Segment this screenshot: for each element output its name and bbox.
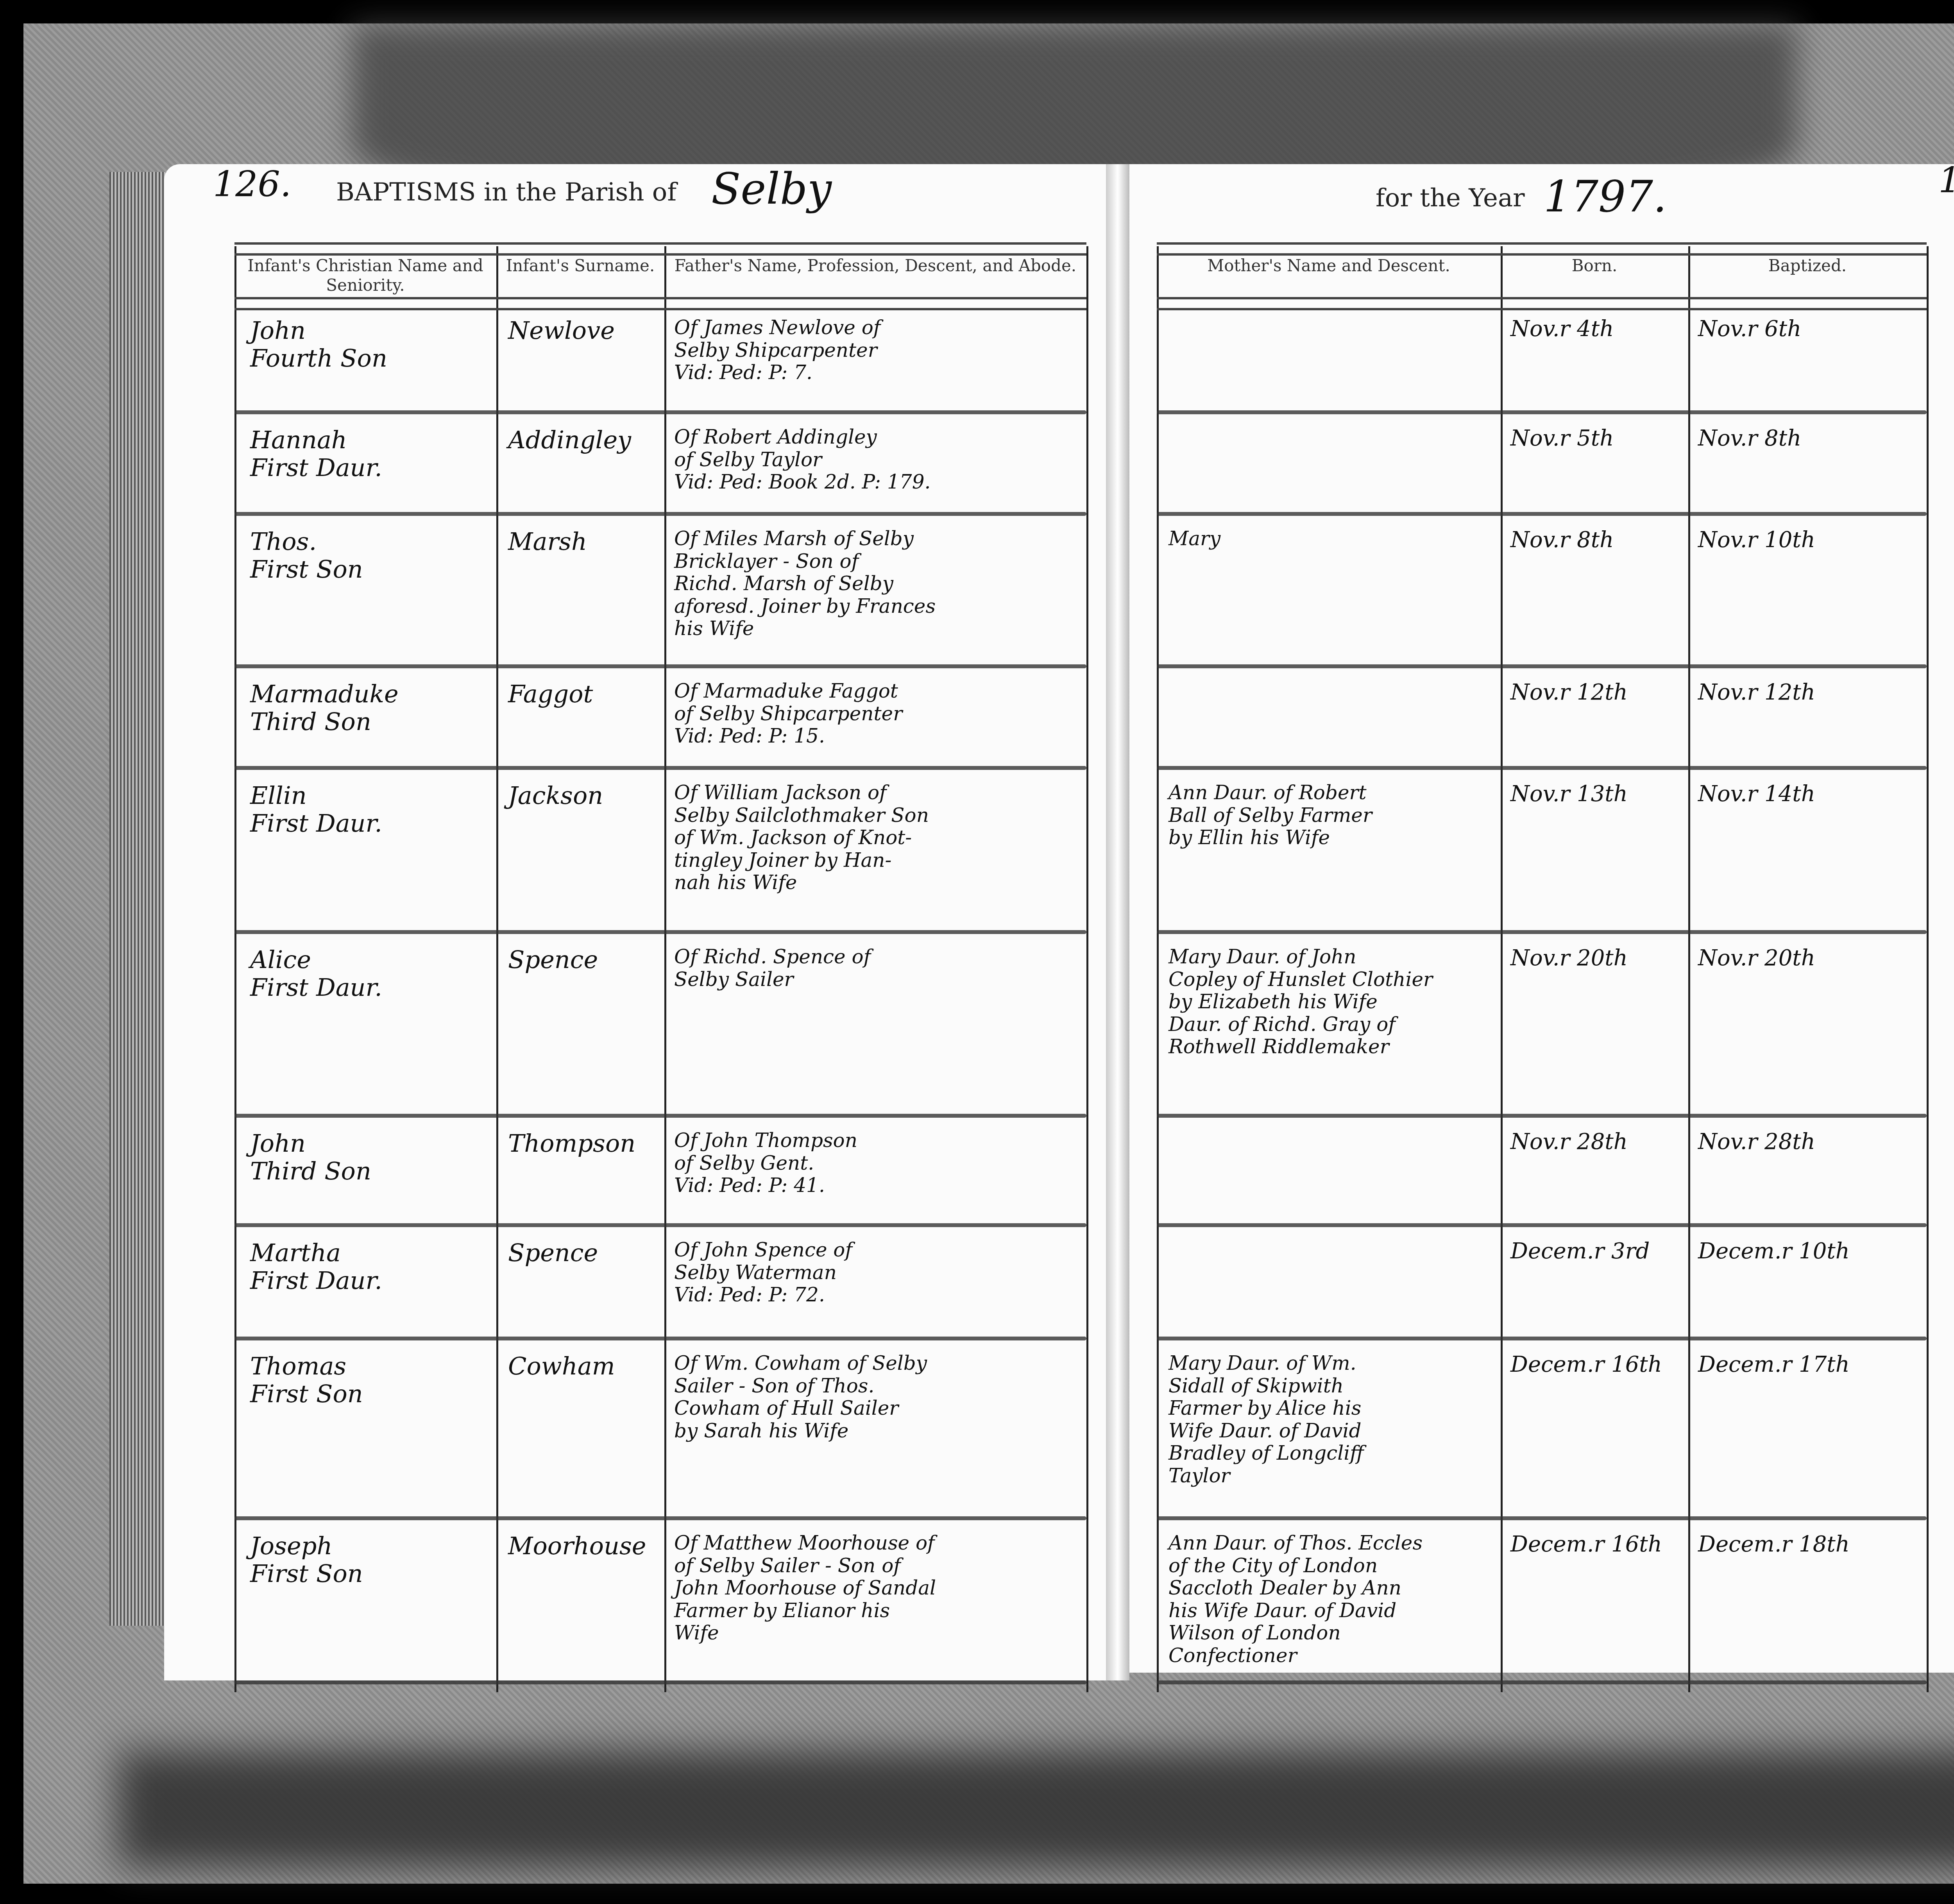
baptized-date: Decem.r 10th — [1698, 1239, 1925, 1264]
row-rule — [234, 410, 1086, 414]
christian-name: John Fourth Son — [250, 317, 488, 372]
mother-details: Ann Daur. of Robert Ball of Selby Farmer… — [1168, 782, 1497, 849]
baptized-date: Decem.r 18th — [1698, 1532, 1925, 1557]
book-gutter — [1106, 164, 1129, 1680]
column-header-mother: Mother's Name and Descent. — [1161, 256, 1497, 276]
parish-name: Selby — [711, 164, 832, 214]
row-rule — [234, 1337, 1086, 1340]
christian-name: Martha First Daur. — [250, 1239, 488, 1295]
row-rule — [234, 1114, 1086, 1118]
christian-name: John Third Son — [250, 1129, 488, 1185]
born-date: Nov.r 12th — [1510, 680, 1686, 705]
row-rule — [1157, 664, 1927, 668]
row-rule — [234, 1516, 1086, 1520]
mother-details: Mary Daur. of John Copley of Hunslet Clo… — [1168, 946, 1497, 1058]
year: 1797. — [1544, 172, 1667, 222]
left-page — [164, 164, 1114, 1680]
father-details: Of John Thompson of Selby Gent. Vid: Ped… — [674, 1129, 1081, 1197]
row-rule — [234, 1223, 1086, 1227]
surname: Marsh — [508, 528, 660, 555]
born-date: Nov.r 28th — [1510, 1129, 1686, 1154]
row-rule — [234, 930, 1086, 934]
surname: Moorhouse — [508, 1532, 660, 1560]
born-date: Nov.r 20th — [1510, 946, 1686, 971]
father-details: Of Miles Marsh of Selby Bricklayer - Son… — [674, 528, 1081, 640]
father-details: Of Richd. Spence of Selby Sailer — [674, 946, 1081, 991]
column-rule — [1501, 246, 1503, 1692]
baptized-date: Nov.r 12th — [1698, 680, 1925, 705]
page-edges-left — [109, 172, 168, 1626]
mother-details: Mary Daur. of Wm. Sidall of Skipwith Far… — [1168, 1352, 1497, 1487]
row-rule — [1157, 930, 1927, 934]
shadow — [117, 1751, 1954, 1868]
column-rule — [1157, 246, 1159, 1692]
christian-name: Ellin First Daur. — [250, 782, 488, 837]
header-rule — [1157, 242, 1927, 256]
father-details: Of Marmaduke Faggot of Selby Shipcarpent… — [674, 680, 1081, 748]
column-header-born: Born. — [1505, 256, 1684, 276]
father-details: Of Robert Addingley of Selby Taylor Vid:… — [674, 426, 1081, 494]
surname: Spence — [508, 1239, 660, 1267]
column-rule — [664, 246, 666, 1692]
row-rule — [234, 1680, 1086, 1684]
baptized-date: Nov.r 28th — [1698, 1129, 1925, 1154]
mother-details: Ann Daur. of Thos. Eccles of the City of… — [1168, 1532, 1497, 1667]
father-details: Of William Jackson of Selby Sailclothmak… — [674, 782, 1081, 894]
row-rule — [1157, 766, 1927, 770]
baptized-date: Decem.r 17th — [1698, 1352, 1925, 1377]
surname: Newlove — [508, 317, 660, 344]
row-rule — [1157, 1680, 1927, 1684]
surname: Cowham — [508, 1352, 660, 1380]
born-date: Nov.r 8th — [1510, 528, 1686, 553]
surname: Spence — [508, 946, 660, 973]
title-prefix: BAPTISMS in the Parish of — [336, 178, 676, 207]
baptized-date: Nov.r 6th — [1698, 317, 1925, 342]
christian-name: Hannah First Daur. — [250, 426, 488, 482]
surname: Faggot — [508, 680, 660, 708]
christian-name: Alice First Daur. — [250, 946, 488, 1002]
surname: Thompson — [508, 1129, 660, 1157]
christian-name: Thos. First Son — [250, 528, 488, 583]
row-rule — [1157, 1223, 1927, 1227]
surname: Addingley — [508, 426, 660, 454]
baptized-date: Nov.r 10th — [1698, 528, 1925, 553]
row-rule — [1157, 1337, 1927, 1340]
register-photograph: 126. BAPTISMS in the Parish of Selby for… — [0, 0, 1954, 1904]
father-details: Of John Spence of Selby Waterman Vid: Pe… — [674, 1239, 1081, 1306]
row-rule — [1157, 512, 1927, 516]
row-rule — [234, 512, 1086, 516]
born-date: Nov.r 5th — [1510, 426, 1686, 451]
born-date: Nov.r 4th — [1510, 317, 1686, 342]
born-date: Decem.r 16th — [1510, 1532, 1686, 1557]
right-page-number: 127. — [1938, 160, 1954, 201]
column-rule — [234, 246, 236, 1692]
row-rule — [234, 766, 1086, 770]
column-header-baptized: Baptized. — [1692, 256, 1923, 276]
column-rule — [496, 246, 498, 1692]
father-details: Of Matthew Moorhouse of of Selby Sailer … — [674, 1532, 1081, 1645]
row-rule — [1157, 1516, 1927, 1520]
column-rule — [1086, 246, 1088, 1692]
father-details: Of Wm. Cowham of Selby Sailer - Son of T… — [674, 1352, 1081, 1442]
year-prefix: for the Year — [1376, 184, 1525, 213]
column-rule — [1927, 246, 1929, 1692]
born-date: Decem.r 3rd — [1510, 1239, 1686, 1264]
column-header-surname: Infant's Surname. — [500, 256, 660, 276]
left-page-number: 126. — [213, 164, 291, 205]
surname: Jackson — [508, 782, 660, 809]
header-rule — [1157, 297, 1927, 310]
column-header-christian-name: Infant's Christian Name and Seniority. — [238, 256, 492, 295]
row-rule — [1157, 1114, 1927, 1118]
header-rule — [234, 242, 1086, 256]
father-details: Of James Newlove of Selby Shipcarpenter … — [674, 317, 1081, 384]
born-date: Decem.r 16th — [1510, 1352, 1686, 1377]
born-date: Nov.r 13th — [1510, 782, 1686, 807]
christian-name: Joseph First Son — [250, 1532, 488, 1588]
mother-details: Mary — [1168, 528, 1497, 550]
column-rule — [1688, 246, 1690, 1692]
baptized-date: Nov.r 14th — [1698, 782, 1925, 807]
header-rule — [234, 297, 1086, 310]
baptized-date: Nov.r 20th — [1698, 946, 1925, 971]
christian-name: Marmaduke Third Son — [250, 680, 488, 736]
baptized-date: Nov.r 8th — [1698, 426, 1925, 451]
christian-name: Thomas First Son — [250, 1352, 488, 1408]
row-rule — [1157, 410, 1927, 414]
column-header-father: Father's Name, Profession, Descent, and … — [668, 256, 1083, 276]
row-rule — [234, 664, 1086, 668]
